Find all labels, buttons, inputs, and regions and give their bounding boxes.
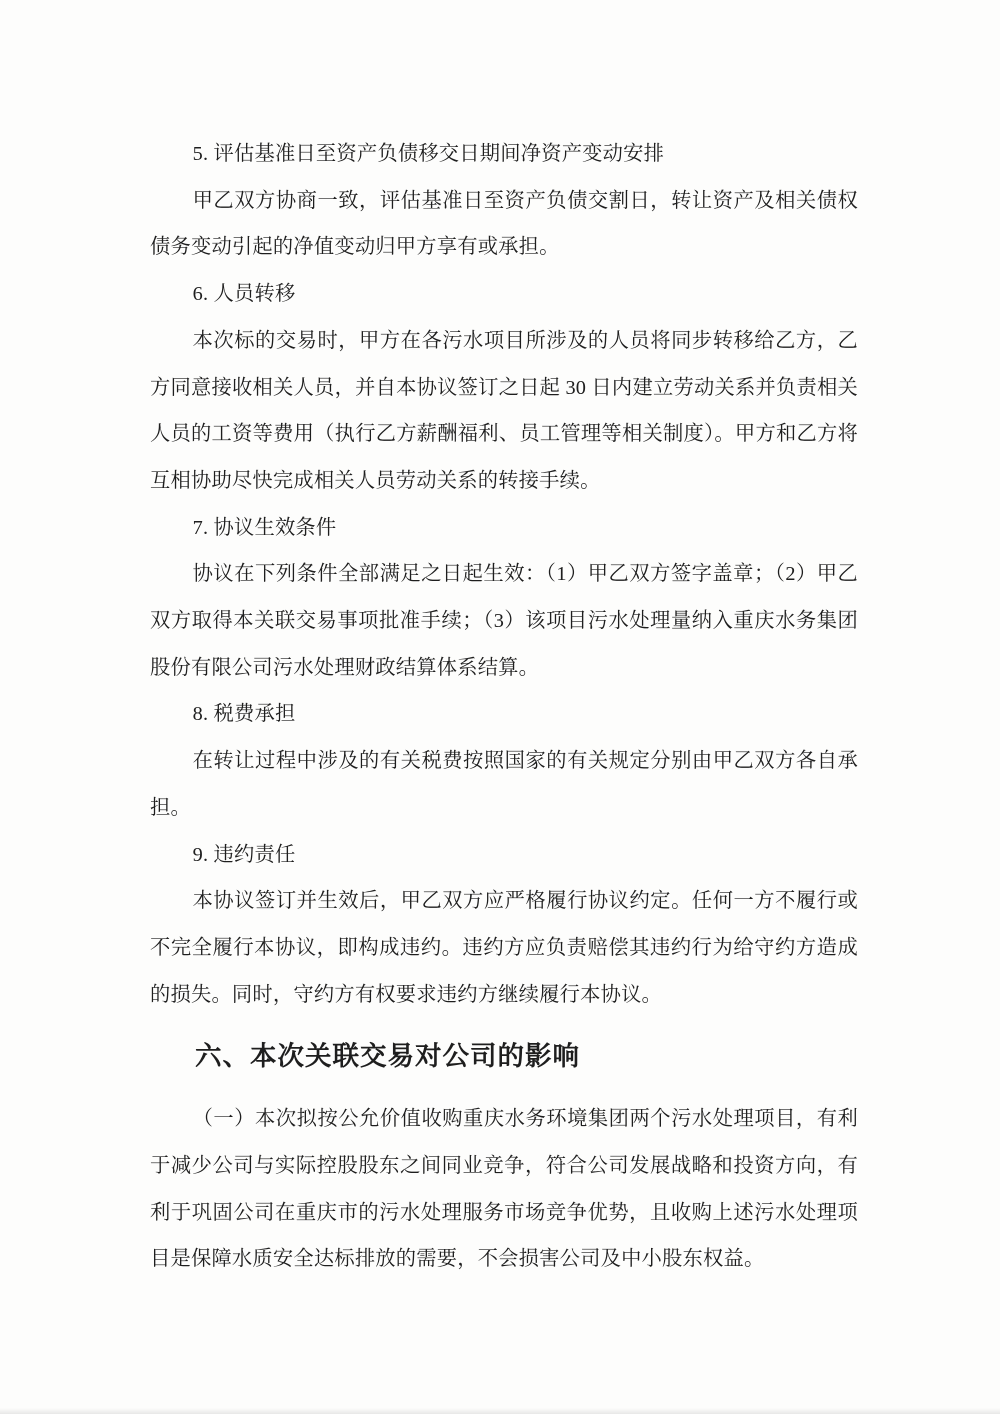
clause-6-paragraph: 本次标的交易时，甲方在各污水项目所涉及的人员将同步转移给乙方，乙方同意接收相关人…	[150, 318, 858, 505]
section-six-paragraph-one: （一）本次拟按公允价值收购重庆水务环境集团两个污水处理项目，有利于减少公司与实际…	[150, 1096, 858, 1283]
document-text-block: 5. 评估基准日至资产负债移交日期间净资产变动安排 甲乙双方协商一致，评估基准日…	[150, 131, 858, 1283]
clause-heading-9: 9. 违约责任	[150, 832, 858, 879]
clause-5-paragraph: 甲乙双方协商一致，评估基准日至资产负债交割日，转让资产及相关债权债务变动引起的净…	[150, 178, 858, 271]
clause-8-paragraph: 在转让过程中涉及的有关税费按照国家的有关规定分别由甲乙双方各自承担。	[150, 738, 858, 831]
clause-9-paragraph: 本协议签订并生效后，甲乙双方应严格履行协议约定。任何一方不履行或不完全履行本协议…	[150, 878, 858, 1018]
clause-7-paragraph: 协议在下列条件全部满足之日起生效：（1）甲乙双方签字盖章；（2）甲乙双方取得本关…	[150, 551, 858, 691]
clause-heading-5: 5. 评估基准日至资产负债移交日期间净资产变动安排	[150, 131, 858, 178]
document-page: 5. 评估基准日至资产负债移交日期间净资产变动安排 甲乙双方协商一致，评估基准日…	[0, 0, 1000, 1414]
clause-heading-6: 6. 人员转移	[150, 271, 858, 318]
clause-heading-8: 8. 税费承担	[150, 691, 858, 738]
scan-bottom-edge	[0, 1408, 1000, 1414]
clause-heading-7: 7. 协议生效条件	[150, 505, 858, 552]
section-heading-six: 六、本次关联交易对公司的影响	[150, 1031, 858, 1081]
